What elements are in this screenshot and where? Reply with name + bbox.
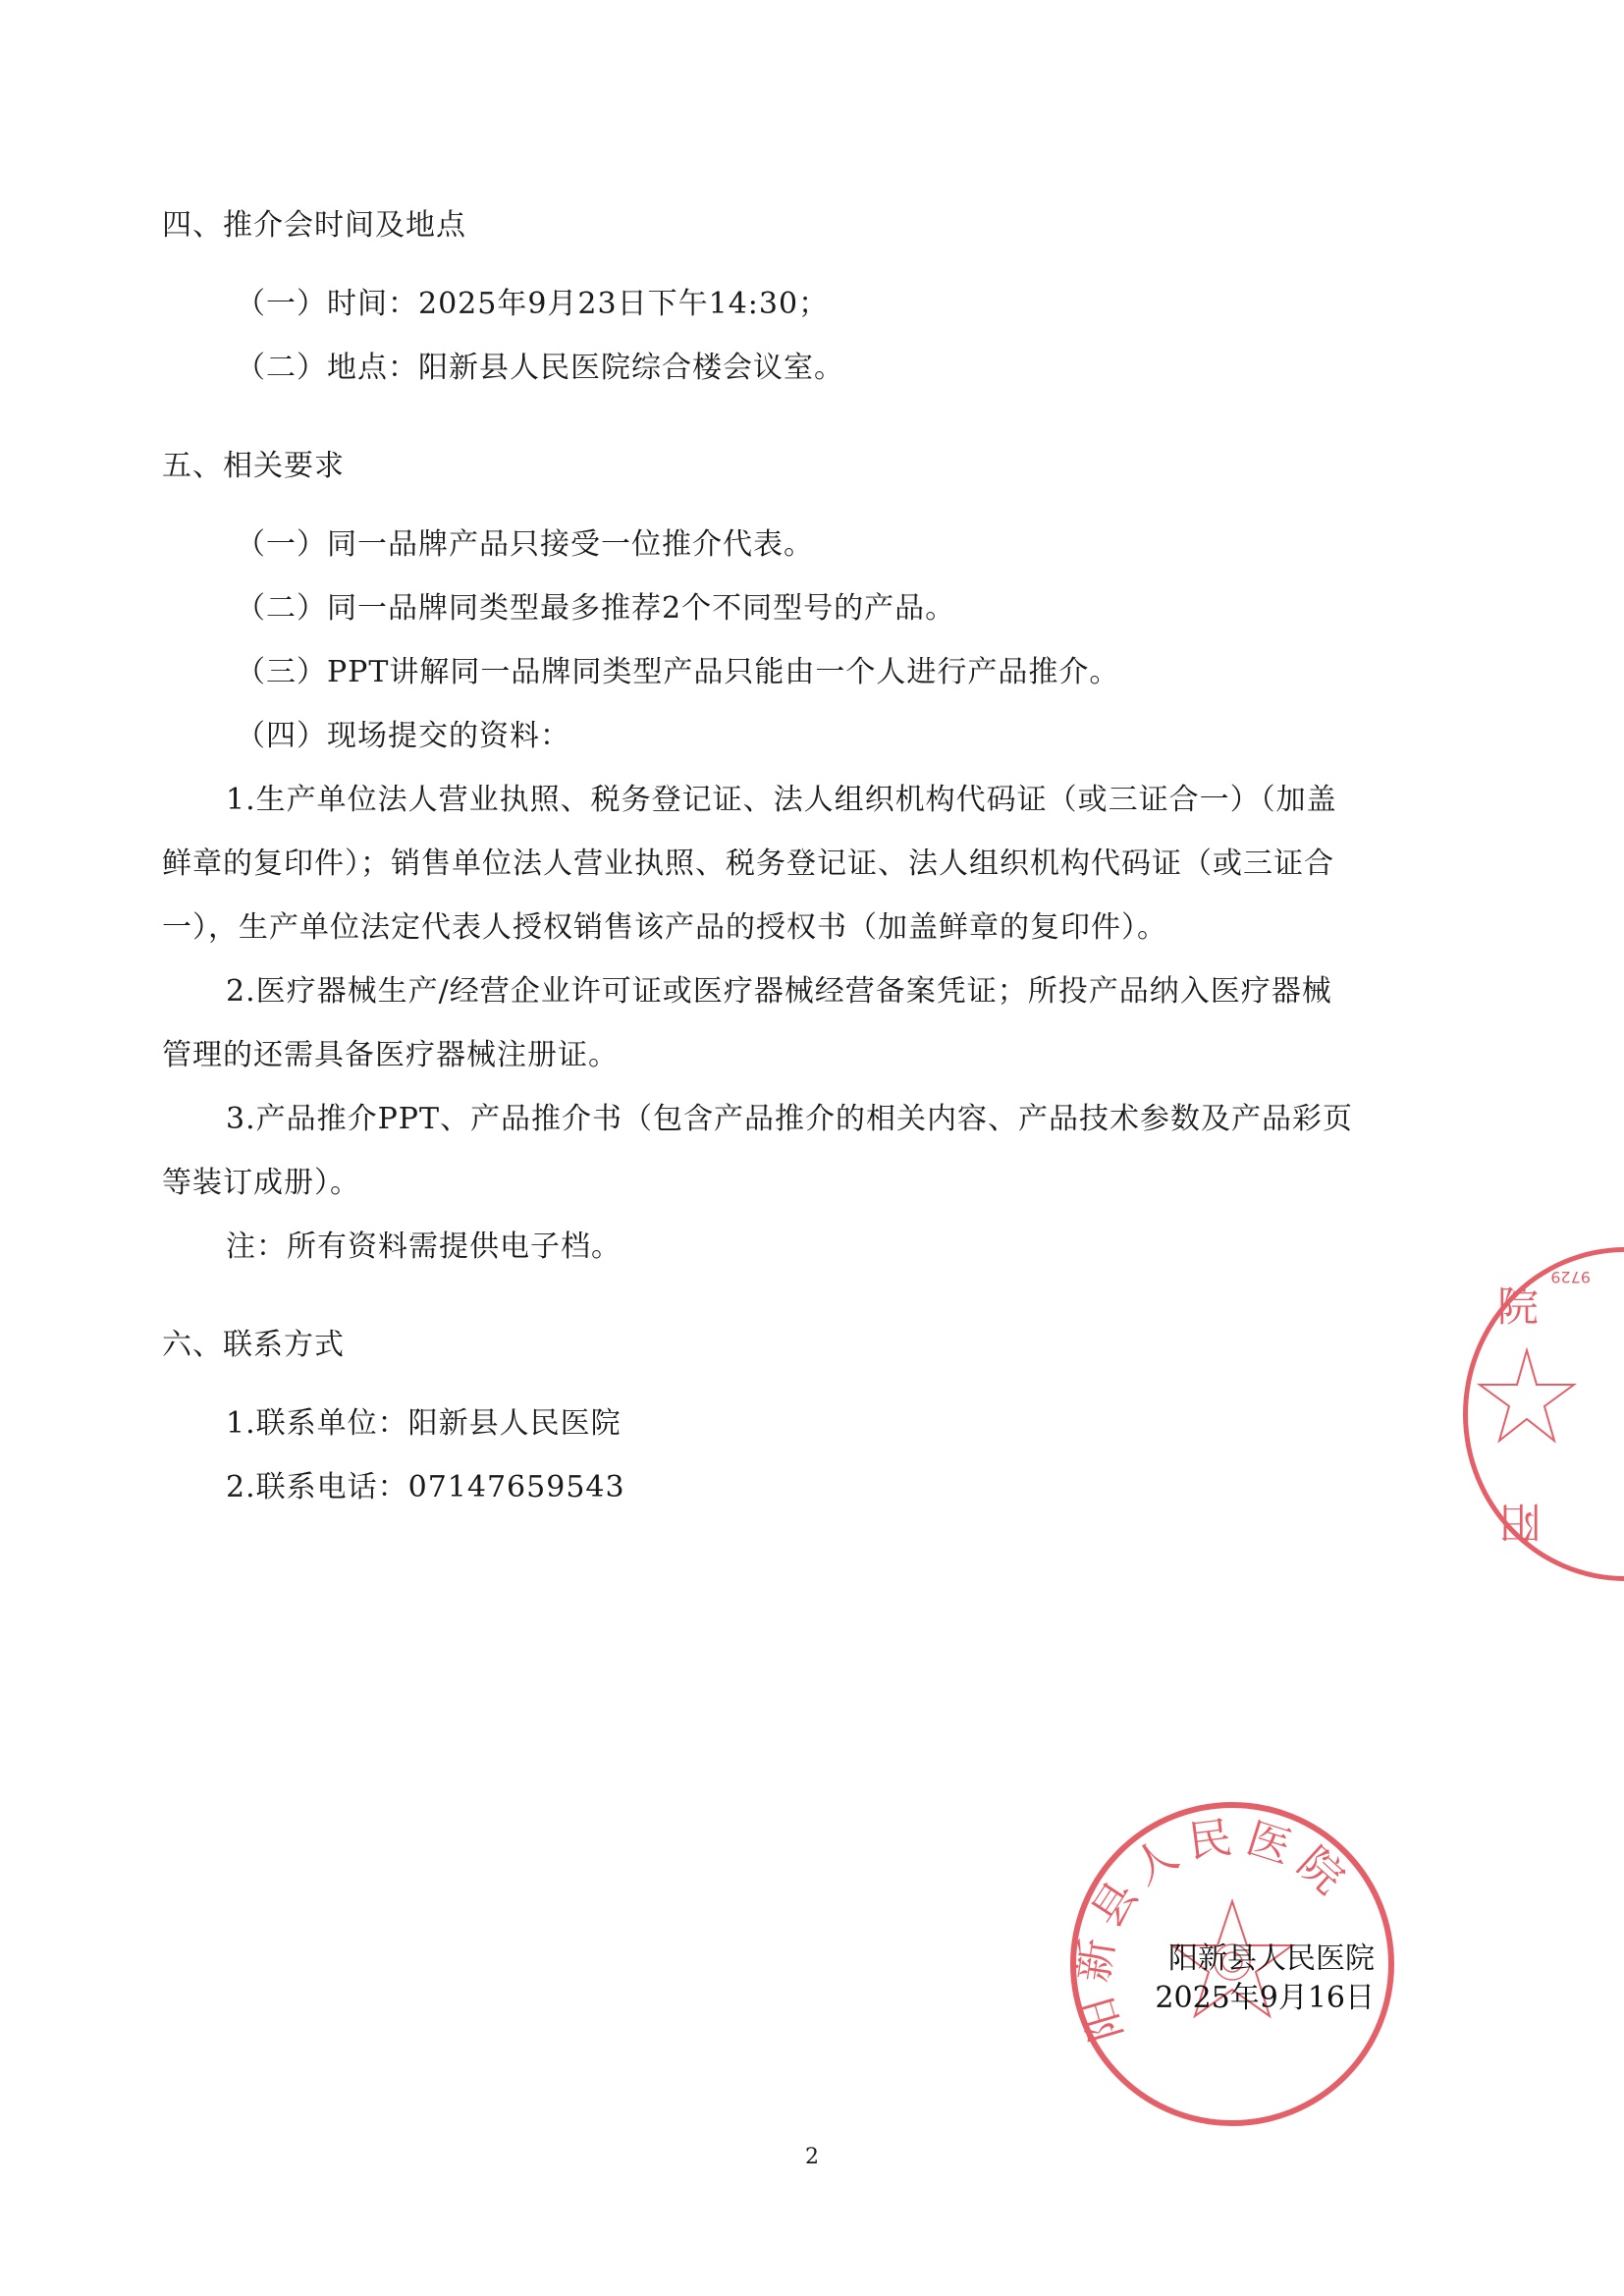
material-1-line-2: 鲜章的复印件）；销售单位法人营业执照、税务登记证、法人组织机构代码证（或三证合 bbox=[162, 845, 1334, 884]
contact-phone: 2.联系电话：07147659543 bbox=[226, 1468, 625, 1507]
page-number: 2 bbox=[0, 2145, 1624, 2169]
signature-date: 2025年9月16日 bbox=[1144, 1979, 1375, 2018]
meeting-location: （二）地点：阳新县人民医院综合楼会议室。 bbox=[236, 349, 844, 388]
material-2-line-2: 管理的还需具备医疗器械注册证。 bbox=[162, 1036, 619, 1075]
material-1-line-3: 一），生产单位法定代表人授权销售该产品的授权书（加盖鲜章的复印件）。 bbox=[162, 908, 1167, 948]
materials-note: 注：所有资料需提供电子档。 bbox=[226, 1228, 622, 1267]
material-2-line-1: 2.医疗器械生产/经营企业许可证或医疗器械经营备案凭证；所投产品纳入医疗器械 bbox=[226, 972, 1332, 1011]
material-3-line-1: 3.产品推介PPT、产品推介书（包含产品推介的相关内容、产品技术参数及产品彩页 bbox=[226, 1100, 1353, 1139]
seam-seal: 院 阳 9729 bbox=[1463, 1247, 1624, 1581]
material-3-line-2: 等装订成册）。 bbox=[162, 1164, 360, 1203]
contact-unit: 1.联系单位：阳新县人民医院 bbox=[226, 1404, 622, 1444]
svg-text:9729: 9729 bbox=[1550, 1268, 1591, 1286]
section-5-heading: 五、相关要求 bbox=[162, 447, 345, 486]
section-4-heading: 四、推介会时间及地点 bbox=[162, 206, 466, 246]
requirement-2: （二）同一品牌同类型最多推荐2个不同型号的产品。 bbox=[236, 589, 955, 629]
meeting-time: （一）时间：2025年9月23日下午14:30； bbox=[236, 285, 829, 324]
requirement-3: （三）PPT讲解同一品牌同类型产品只能由一个人进行产品推介。 bbox=[236, 653, 1119, 692]
svg-text:阳: 阳 bbox=[1499, 1498, 1541, 1546]
seam-seal-star-icon: 院 阳 9729 bbox=[1468, 1252, 1624, 1586]
requirement-4: （四）现场提交的资料： bbox=[236, 717, 570, 756]
section-6-heading: 六、联系方式 bbox=[162, 1326, 345, 1365]
svg-text:院: 院 bbox=[1497, 1283, 1539, 1331]
requirement-1: （一）同一品牌产品只接受一位推介代表。 bbox=[236, 525, 814, 565]
signature-org: 阳新县人民医院 bbox=[1144, 1940, 1375, 1979]
material-1-line-1: 1.生产单位法人营业执照、税务登记证、法人组织机构代码证（或三证合一）（加盖 bbox=[226, 781, 1337, 820]
